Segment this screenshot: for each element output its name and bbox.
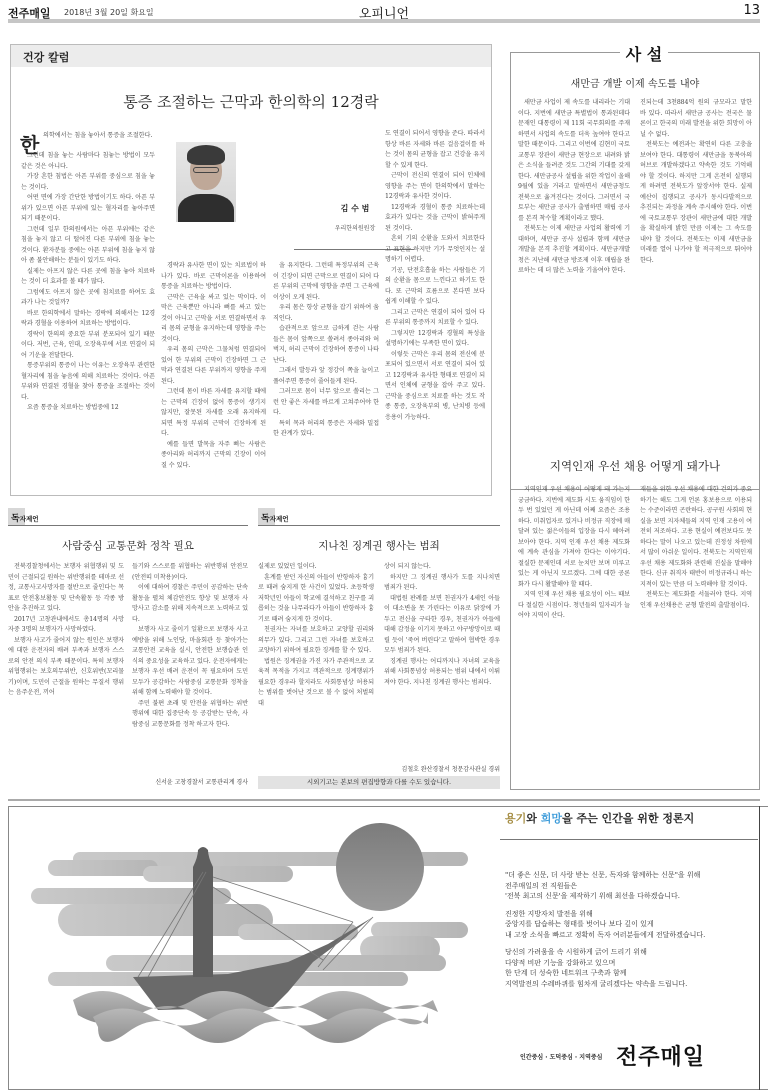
reader-opinion-label: 독자제언 — [11, 511, 39, 524]
reader-opinion-header-2: 독자제언 — [258, 508, 500, 526]
reader1-col2: 들기와 스스로를 위협하는 위반행위 안전모(안전띠 미착용)이다. 이에 대하… — [132, 562, 248, 774]
health-column-label: 건강 칼럼 — [23, 49, 69, 65]
reader-opinion-title-2: 지나친 징계권 행사는 범죄 — [258, 538, 500, 553]
editorial1-col1: 새만금 사업이 제 속도를 내리라는 기대이다. 지번에 새만금 특별법이 통과… — [518, 98, 630, 450]
author-title: 우리한의원원장 — [317, 223, 393, 232]
health-col4: 도 연결이 되어서 영향을 준다. 따라서 항상 바른 자세와 바른 걸음걸이를… — [385, 129, 485, 489]
pledge-text: "더 좋은 신문, 더 사랑 받는 신문, 독자와 함께하는 신문"을 위해 전… — [505, 870, 755, 996]
ad-newspaper-logo: 전주매일 — [616, 1040, 705, 1071]
author-name: 김 수 범 — [329, 203, 381, 214]
health-column-title: 통증 조절하는 근막과 한의학의 12경락 — [11, 91, 491, 112]
reader1-col1: 전북경찰청에서는 보행자 위협행위 및 도민이 근절되길 원하는 위반행위를 테… — [8, 562, 124, 788]
editorial1-col2: 진되는데 3천884억 원의 규모라고 말한 바 있다. 따라서 새만금 공사는… — [640, 98, 752, 450]
health-col1: 그런데 침을 놓는 사람마다 침놓는 방법이 모두 같은 것은 아니다. 가장 … — [21, 151, 155, 489]
ad-tagline: 인간중심 · 도덕중심 · 지역중심 — [520, 1052, 602, 1061]
slogan-rule — [500, 839, 758, 840]
author-photo — [176, 142, 236, 222]
reader2-signoff: 김철호 완산경찰서 청문감사관실 경위 — [384, 764, 500, 773]
page-number: 13 — [743, 3, 760, 18]
health-column-header: 건강 칼럼 — [11, 45, 491, 67]
contribution-notice: 시외기고는 본보의 편집방향과 다를 수도 있습니다. — [258, 776, 500, 789]
reader2-col2: 상이 되지 않는다. 하지만 그 징계권 행사가 도를 지나치면 범죄가 된다.… — [384, 562, 500, 762]
editorial-headline-2: 지역인재 우선 채용 어떻게 돼가나 — [510, 458, 760, 474]
health-col1-lead: 의학에서는 침을 놓아서 통증을 조절한다. — [43, 131, 155, 149]
health-col3: 을 유지한다. 그런데 특정부위의 근육이 긴장이 되면 근막으로 연결이 되어… — [273, 261, 379, 489]
section-divider — [8, 799, 760, 801]
reader-opinion-header-1: 독자제언 — [8, 508, 248, 526]
sun-icon — [336, 823, 424, 911]
health-col2: 경락과 유사한 면이 있는 치료법이 하나가 있다. 바로 근막이론을 이용하여… — [161, 261, 266, 489]
reader2-col1: 실제로 있었던 일이다. 훈계를 받던 자신의 아들이 반항하자 흉기로 때려 … — [258, 562, 374, 774]
reader-opinion-label: 독자제언 — [261, 511, 289, 524]
reader-opinion-title-1: 사람중심 교통문화 정착 필요 — [8, 538, 248, 553]
slogan: 용기와 희망을 주는 인간을 위한 정론지 — [505, 810, 694, 826]
reader1-signoff: 신서윤 고창경찰서 교통관리계 경사 — [132, 777, 248, 786]
editorial2-box — [510, 490, 760, 790]
editorial-headline-1: 새만금 개발 이제 속도를 내야 — [510, 75, 760, 90]
health-column: 건강 칼럼 통증 조절하는 근막과 한의학의 12경락 한 의학에서는 침을 놓… — [10, 44, 492, 496]
sailboat-illustration — [28, 812, 468, 1052]
masthead-rule — [8, 19, 760, 23]
